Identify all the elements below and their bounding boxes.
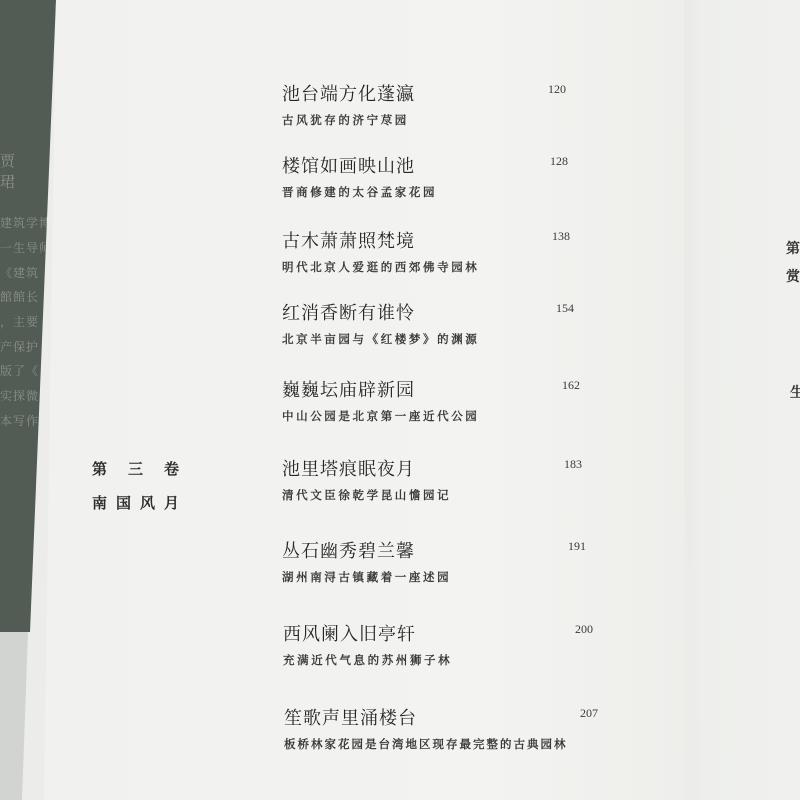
entry-title: 巍巍坛庙辟新园: [282, 376, 602, 402]
entry-subtitle: 晋商修建的太谷孟家花园: [282, 184, 602, 200]
entry-page: 200: [575, 622, 593, 637]
entry-subtitle: 古风犹存的济宁荩园: [282, 112, 602, 128]
entry-page: 120: [548, 82, 566, 97]
right-glyph: 第: [786, 238, 800, 258]
entry-page: 183: [564, 457, 582, 472]
entry-subtitle: 中山公园是北京第一座近代公园: [282, 408, 602, 424]
entry-page: 162: [562, 378, 580, 393]
entry-title: 池里塔痕眠夜月: [282, 455, 602, 481]
entry-title: 红消香断有谁怜: [282, 299, 602, 325]
entry-title: 笙歌声里涌楼台: [284, 704, 624, 730]
right-glyph: 赏: [786, 266, 800, 286]
volume-number: 第三卷: [92, 458, 200, 479]
toc-entry: 池台端方化蓬瀛 古风犹存的济宁荩园 120: [282, 80, 602, 128]
right-glyph: 生: [790, 382, 800, 402]
author-name: 贾 珺: [0, 150, 56, 192]
entry-subtitle: 充满近代气息的苏州狮子林: [283, 652, 603, 668]
entry-page: 138: [552, 229, 570, 244]
toc-entry: 楼馆如画映山池 晋商修建的太谷孟家花园 128: [282, 152, 602, 200]
dust-jacket-flap: 贾 珺 建筑学博 一生导师 《建筑 館館长 ，主要 产保护 版了《 实探微 本写…: [0, 0, 56, 632]
book-spread: 贾 珺 建筑学博 一生导师 《建筑 館館长 ，主要 产保护 版了《 实探微 本写…: [0, 0, 800, 800]
volume-title: 南国风月: [92, 492, 200, 513]
toc-entry: 丛石幽秀碧兰馨 湖州南浔古镇藏着一座述园 191: [282, 537, 602, 585]
flap-line: 館館长: [0, 288, 39, 305]
flap-line: 《建筑: [0, 264, 39, 281]
entry-page: 191: [568, 539, 586, 554]
entry-page: 128: [550, 154, 568, 169]
toc-entry: 西风阑入旧亭轩 充满近代气息的苏州狮子林 200: [283, 620, 603, 668]
entry-subtitle: 明代北京人爱逛的西郊佛寺园林: [282, 259, 602, 275]
toc-entry: 古木萧萧照梵境 明代北京人爱逛的西郊佛寺园林 138: [282, 227, 602, 275]
entry-title: 丛石幽秀碧兰馨: [282, 537, 602, 563]
entry-subtitle: 板桥林家花园是台湾地区现存最完整的古典园林: [284, 736, 624, 752]
flap-line: 实探微: [0, 387, 39, 404]
flap-underside: [0, 632, 30, 800]
flap-line: 一生导师: [0, 239, 52, 256]
entry-subtitle: 北京半亩园与《红楼梦》的渊源: [282, 331, 602, 347]
flap-line: 版了《: [0, 362, 39, 379]
toc-entry: 红消香断有谁怜 北京半亩园与《红楼梦》的渊源 154: [282, 299, 602, 347]
flap-line: ，主要: [0, 313, 39, 330]
toc-entry: 池里塔痕眠夜月 清代文臣徐乾学昆山憺园记 183: [282, 455, 602, 503]
entry-subtitle: 湖州南浔古镇藏着一座述园: [282, 569, 602, 585]
flap-line: 产保护: [0, 338, 39, 355]
flap-line: 本写作: [0, 412, 39, 429]
entry-title: 西风阑入旧亭轩: [283, 620, 603, 646]
entry-page: 207: [580, 706, 598, 721]
toc-entry: 巍巍坛庙辟新园 中山公园是北京第一座近代公园 162: [282, 376, 602, 424]
volume-heading: 第三卷 南国风月: [92, 458, 200, 513]
toc-entry: 笙歌声里涌楼台 板桥林家花园是台湾地区现存最完整的古典园林 207: [284, 704, 624, 752]
entry-subtitle: 清代文臣徐乾学昆山憺园记: [282, 487, 602, 503]
entry-page: 154: [556, 301, 574, 316]
flap-line: 建筑学博: [0, 214, 52, 231]
